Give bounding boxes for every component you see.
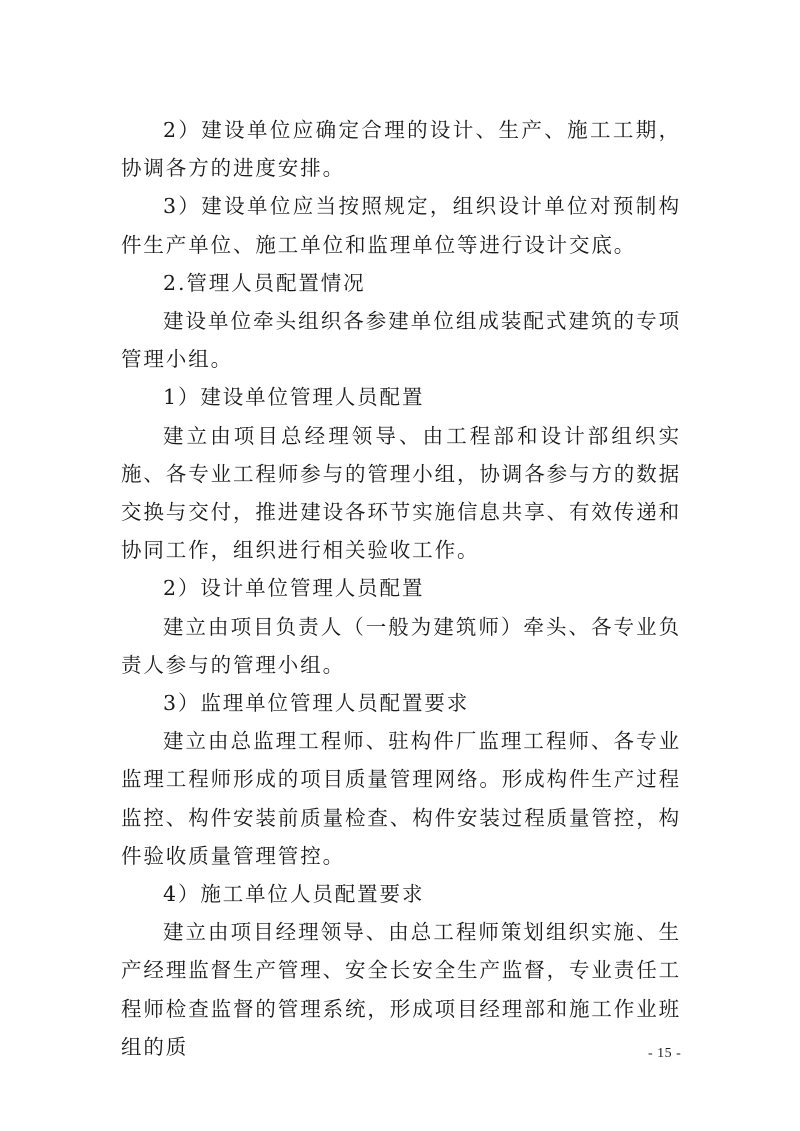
paragraph-supervision-staffing: 建立由总监理工程师、驻构件厂监理工程师、各专业监理工程师形成的项目质量管理网络。…: [121, 722, 681, 875]
subheading-owner-staffing: 1）建设单位管理人员配置: [121, 378, 681, 416]
page-number: - 15 -: [648, 1046, 681, 1062]
document-page: 2）建设单位应确定合理的设计、生产、施工工期，协调各方的进度安排。 3）建设单位…: [121, 111, 681, 1066]
subheading-supervision-staffing: 3）监理单位管理人员配置要求: [121, 684, 681, 722]
paragraph-owner-staffing: 建立由项目总经理领导、由工程部和设计部组织实施、各专业工程师参与的管理小组，协调…: [121, 417, 681, 570]
paragraph-design-staffing: 建立由项目负责人（一般为建筑师）牵头、各专业负责人参与的管理小组。: [121, 608, 681, 684]
subheading-design-staffing: 2）设计单位管理人员配置: [121, 569, 681, 607]
section-heading-staffing: 2.管理人员配置情况: [121, 264, 681, 302]
paragraph-management-group: 建设单位牵头组织各参建单位组成装配式建筑的专项管理小组。: [121, 302, 681, 378]
paragraph-item-2-schedule: 2）建设单位应确定合理的设计、生产、施工工期，协调各方的进度安排。: [121, 111, 681, 187]
subheading-construction-staffing: 4）施工单位人员配置要求: [121, 875, 681, 913]
paragraph-item-3-design-briefing: 3）建设单位应当按照规定，组织设计单位对预制构件生产单位、施工单位和监理单位等进…: [121, 187, 681, 263]
paragraph-construction-staffing: 建立由项目经理领导、由总工程师策划组织实施、生产经理监督生产管理、安全长安全生产…: [121, 913, 681, 1066]
